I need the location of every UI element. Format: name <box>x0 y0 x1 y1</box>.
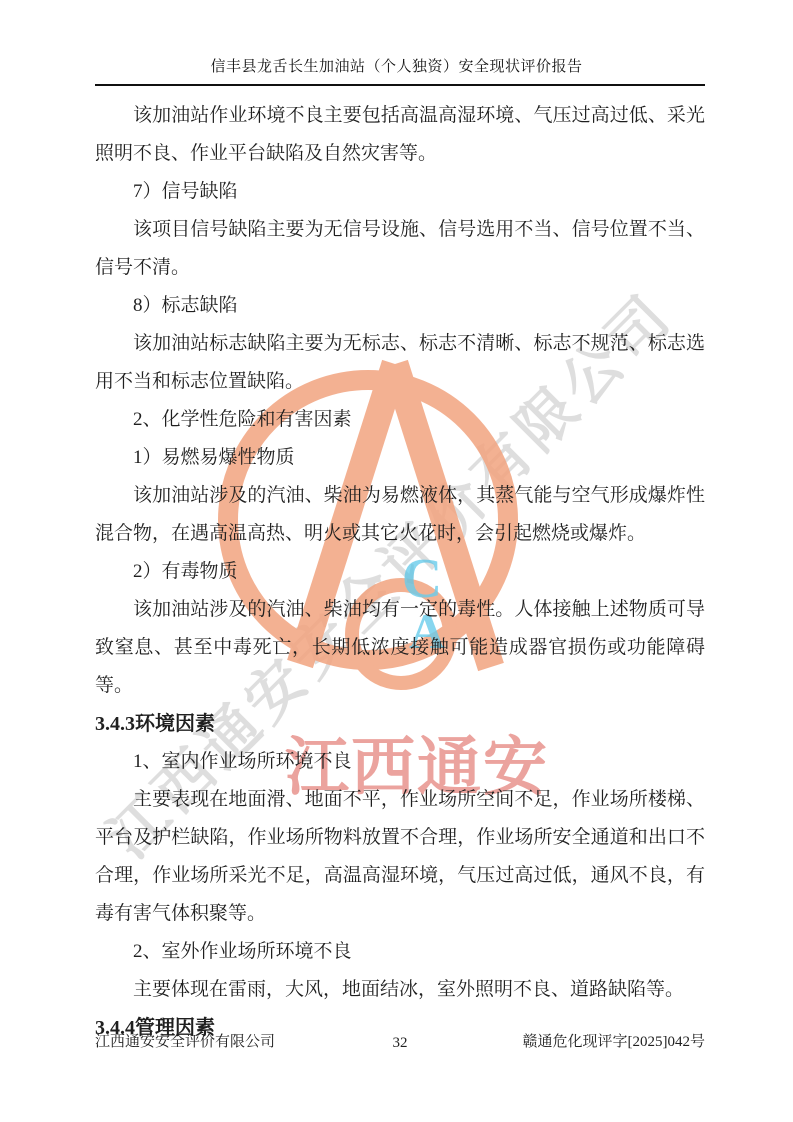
body-text: 该加油站作业环境不良主要包括高温高湿环境、气压过高过低、采光照明不良、作业平台缺… <box>95 97 705 1047</box>
paragraph: 2、化学性危险和有害因素 <box>95 401 705 439</box>
paragraph: 该项目信号缺陷主要为无信号设施、信号选用不当、信号位置不当、信号不清。 <box>95 211 705 287</box>
paragraph: 7）信号缺陷 <box>95 173 705 211</box>
footer-page-number: 32 <box>393 1035 408 1052</box>
section-heading: 3.4.3环境因素 <box>95 705 705 743</box>
footer-company-name: 江西通安安全评价有限公司 <box>95 1030 275 1051</box>
paragraph: 该加油站涉及的汽油、柴油均有一定的毒性。人体接触上述物质可导致窒息、甚至中毒死亡… <box>95 591 705 705</box>
header-divider <box>95 84 705 86</box>
footer-doc-number: 赣通危化现评字[2025]042号 <box>523 1030 706 1051</box>
paragraph: 2、室外作业场所环境不良 <box>95 933 705 971</box>
paragraph: 该加油站标志缺陷主要为无标志、标志不清晰、标志不规范、标志选用不当和标志位置缺陷… <box>95 325 705 401</box>
paragraph: 8）标志缺陷 <box>95 287 705 325</box>
paragraph: 主要表现在地面滑、地面不平，作业场所空间不足，作业场所楼梯、平台及护栏缺陷，作业… <box>95 781 705 933</box>
paragraph: 2）有毒物质 <box>95 553 705 591</box>
paragraph: 1）易燃易爆性物质 <box>95 439 705 477</box>
page-footer: 江西通安安全评价有限公司 32 赣通危化现评字[2025]042号 <box>95 1030 705 1060</box>
paragraph: 该加油站作业环境不良主要包括高温高湿环境、气压过高过低、采光照明不良、作业平台缺… <box>95 97 705 173</box>
paragraph: 主要体现在雷雨，大风，地面结冰，室外照明不良、道路缺陷等。 <box>95 971 705 1009</box>
paragraph: 该加油站涉及的汽油、柴油为易燃液体，其蒸气能与空气形成爆炸性混合物，在遇高温高热… <box>95 477 705 553</box>
page-header-title: 信丰县龙舌长生加油站（个人独资）安全现状评价报告 <box>0 55 793 76</box>
report-page: 江西通安安全评价有限公司 C A 江西通安 信丰县龙舌长生加油站（个人独资）安全… <box>0 0 793 1122</box>
paragraph: 1、室内作业场所环境不良 <box>95 743 705 781</box>
